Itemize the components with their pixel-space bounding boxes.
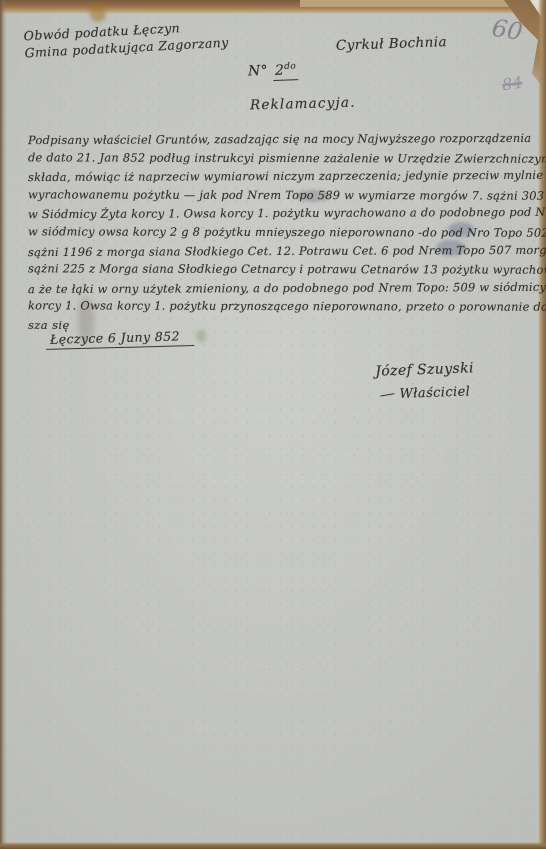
pen-flourish xyxy=(381,393,395,396)
body-line: składa, mówiąc iż naprzeciw wymiarowi ni… xyxy=(28,166,540,187)
left-page-edge xyxy=(0,0,7,849)
signature-name: Józef Szuyski xyxy=(329,359,519,382)
body-line: de dato 21. Jan 852 podług instrukcyi pi… xyxy=(28,148,540,168)
closing-fragment: sza się xyxy=(28,318,70,332)
dateline: Łęczyce 6 Juny 852 xyxy=(46,328,194,350)
paper-texture xyxy=(0,0,546,849)
signature-role: Właściciel xyxy=(330,383,520,405)
body-line: sążni 225 z Morga siana Słodkiego Cetnar… xyxy=(28,259,540,279)
header-tax-district: Obwód podatku Łęczyn Gmina podatkująca Z… xyxy=(23,17,229,62)
body-line: Podpisany właściciel Gruntów, zasadzając… xyxy=(28,129,540,150)
body-line: wyrachowanemu pożytku — jak pod Nrem Top… xyxy=(28,185,540,205)
archival-number: 60 xyxy=(490,14,525,46)
signature-block: Józef Szuyski Właściciel xyxy=(329,359,520,405)
small-stain xyxy=(196,330,206,342)
document-number: N° 2do xyxy=(248,61,299,79)
body-line: w Siódmicy Żyta korcy 1. Owsa korcy 1. p… xyxy=(28,203,540,224)
body-paragraph: Podpisany właściciel Gruntów, zasadzając… xyxy=(28,130,540,316)
document-number-value: 2do xyxy=(273,62,299,81)
body-line: sążni 1196 z morga siana Słodkiego Cet. … xyxy=(28,240,540,261)
body-line: w siódmicy owsa korcy 2 g 8 pożytku mnie… xyxy=(28,222,540,242)
archival-number-crossed-out: 84 xyxy=(501,73,524,95)
header-circuit: Cyrkuł Bochnia xyxy=(336,34,447,54)
document-number-prefix: N° xyxy=(248,63,269,80)
document-title: Reklamacyja. xyxy=(250,95,356,114)
right-page-edge xyxy=(538,0,546,849)
bottom-page-edge xyxy=(0,842,546,849)
body-line: a że te łąki w orny użytek zmieniony, a … xyxy=(28,278,540,299)
scanned-document-page: Obwód podatku Łęczyn Gmina podatkująca Z… xyxy=(0,0,546,849)
body-line: korcy 1. Owsa korcy 1. pożytku przynoszą… xyxy=(28,297,540,317)
